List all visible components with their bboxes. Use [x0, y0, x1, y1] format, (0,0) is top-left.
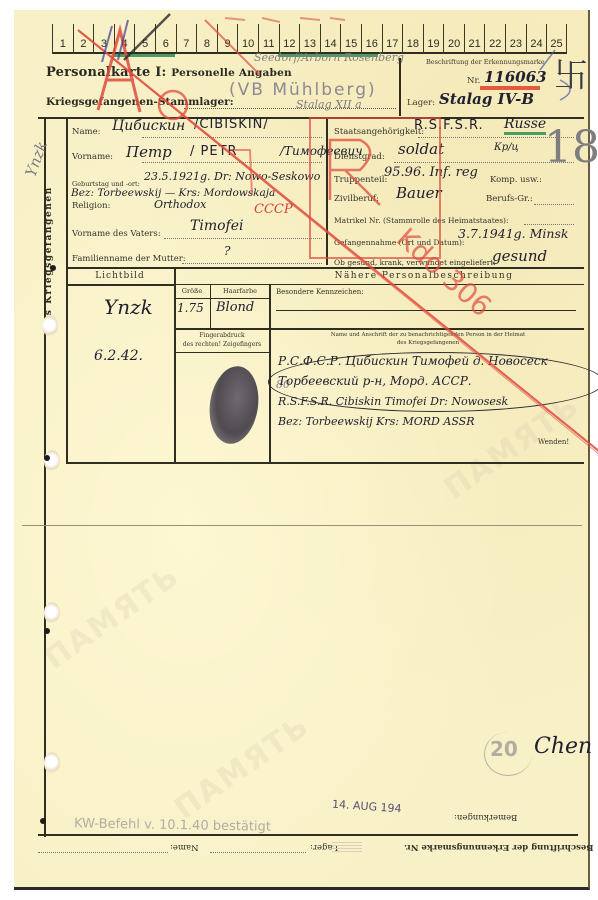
gefangen-value: 3.7.1941g. Minsk: [458, 226, 568, 241]
berufs-label: Berufs-Gr.:: [486, 194, 533, 204]
divider: [399, 58, 401, 116]
dienstgrad-extra: Кр/ц: [494, 142, 519, 153]
number-cell: 2: [73, 24, 94, 54]
section-label: Nähere Personalbeschreibung: [264, 271, 584, 281]
number-cell: 9: [217, 24, 238, 54]
dotline: [524, 224, 574, 225]
lager-label: Lager:: [407, 98, 435, 108]
name-cyrillic: Цибискин: [112, 118, 185, 134]
number-cell: 6: [155, 24, 176, 54]
anschrift-line-4: Bez: Torbeewskij Krs: MORD ASSR: [278, 415, 474, 428]
dotline: [418, 137, 574, 138]
nr-value: 116063: [484, 68, 547, 86]
erkennungsmarke-label: Beschriftung der Erkennungsmarke: [426, 58, 545, 66]
number-cell: 22: [484, 24, 505, 54]
anschrift-line-2: Торбеевский р-н, Морд. АССР.: [278, 374, 472, 388]
column-divider: [326, 117, 328, 265]
stamp-cross-icon: 卐: [554, 48, 588, 97]
staats-value: R.S.F.S.R.: [414, 118, 484, 133]
groesse-label: Größe: [174, 287, 210, 295]
number-cell: 3: [93, 24, 114, 54]
number-cell: 17: [382, 24, 403, 54]
geburt-value: 23.5.1921g. Dr: Nowo-Seskowo: [144, 170, 320, 183]
divider: [174, 328, 584, 330]
number-cell: 18: [402, 24, 423, 54]
stammlager-pencil-top: Seedorf/Arborn Rosenberg: [254, 51, 404, 64]
number-cell: 11: [258, 24, 279, 54]
bemerkungen-label: Bemerkungen:: [454, 812, 517, 822]
nr-label: Nr.: [467, 76, 480, 86]
divider: [38, 834, 578, 836]
divider: [276, 310, 576, 311]
circle-stamp-outline: [484, 732, 532, 776]
number-cell: 7: [176, 24, 197, 54]
name-label: Name:: [72, 127, 100, 137]
lichtbild-label: Lichtbild: [66, 271, 174, 281]
staats-extra: Russe: [504, 116, 546, 135]
number-cell: 21: [464, 24, 485, 54]
number-strip: 1234567891011121314151617181920212223242…: [52, 24, 567, 54]
number-cell: 12: [279, 24, 300, 54]
punch-hole: [44, 602, 60, 624]
green-mark: [113, 54, 175, 57]
anschrift-label-1: Name und Anschrift der zu benachrichtige…: [272, 332, 584, 338]
dienstgrad-value: soldat: [398, 140, 444, 158]
number-cell: 14: [320, 24, 341, 54]
truppenteil-label: Truppenteil:: [334, 175, 387, 185]
fold-line: [22, 525, 582, 526]
watermark: ПАМЯТЬ: [168, 708, 316, 826]
stammlager-pencil-bottom: Stalag XII a: [296, 98, 362, 111]
dotline: [142, 162, 322, 163]
zivilberuf-value: Bauer: [396, 184, 442, 202]
haarfarbe-value: Blond: [216, 300, 254, 315]
religion-value: Orthodox: [154, 198, 206, 211]
kw-stamp: KW-Befehl v. 10.1.40 bestätigt: [74, 816, 271, 834]
punch-mark: [40, 818, 46, 824]
dienstgrad-label: Dienstgrad:: [334, 152, 385, 162]
column-divider: [174, 267, 176, 462]
anschrift-line-1: Р.С.Ф.С.Р. Цибискин Тимофей д. Новосеск: [278, 354, 548, 368]
side-label: Des Kriegsgefangenen: [44, 186, 54, 332]
anschrift-label-2: des Kriegsgefangenen: [272, 340, 584, 346]
stammlager-stamp: (VB Mühlberg): [229, 80, 377, 100]
fingerprint: [205, 363, 263, 447]
number-cell: 16: [361, 24, 382, 54]
number-cell: 5: [134, 24, 155, 54]
photo-pencil-sign: Ynzk: [104, 295, 153, 319]
number-cell: 10: [237, 24, 258, 54]
gesund-value: gesund: [492, 247, 547, 265]
stammlager-line: [184, 108, 396, 109]
signature: Chen: [534, 734, 592, 759]
truppenteil-value: 95.96. Inf. reg: [384, 165, 478, 180]
hatched-box: [332, 842, 362, 852]
divider: [66, 462, 584, 464]
dotline: [210, 852, 306, 853]
komp-label: Komp. usw.:: [490, 175, 542, 185]
matrikel-label: Matrikel Nr. (Stammrolle des Heimatstaat…: [334, 216, 509, 225]
religion-label: Religion:: [72, 201, 110, 211]
anschrift-line-3: R.S.F.S.R. Cibiskin Timofei Dr: Nowosesk: [278, 395, 508, 408]
dotline: [534, 204, 574, 205]
staats-label: Staatsangehörigkeit:: [334, 127, 424, 137]
gefangen-label: Gefangennahme (Ort und Datum):: [334, 238, 464, 247]
dotline: [142, 137, 322, 138]
punch-mark: [44, 455, 50, 461]
vorname-latin: / PETR: [190, 144, 238, 159]
title-text: Personalkarte I:: [46, 65, 167, 80]
punch-mark: [44, 628, 50, 634]
card-title: Personalkarte I: Personelle Angaben: [46, 65, 292, 80]
haarfarbe-label: Haarfarbe: [210, 287, 270, 295]
punch-hole: [44, 752, 60, 774]
number-cell: 24: [526, 24, 547, 54]
number-cell: 19: [423, 24, 444, 54]
religion-red-note: СССР: [254, 202, 293, 217]
number-cell: 4: [114, 24, 135, 54]
dotline: [182, 263, 322, 264]
vorname-cyrillic: Петр: [126, 143, 172, 161]
wenden-label: Wenden!: [538, 438, 569, 446]
number-cell: 13: [299, 24, 320, 54]
mutter-value: ?: [224, 244, 230, 258]
number-cell: 20: [443, 24, 464, 54]
number-cell: 8: [196, 24, 217, 54]
punch-hole: [42, 315, 58, 337]
finger-label-2: des rechten! Zeigefingers: [174, 341, 270, 348]
bottom-name-label: Name:: [170, 842, 198, 852]
dotline: [164, 238, 322, 239]
vater-label: Vorname des Vaters:: [72, 229, 161, 239]
stammlager-label: Kriegsgefangenen-Stammlager:: [46, 96, 234, 108]
date-stamp: 14. AUG 194: [332, 798, 402, 816]
subtitle-text: Personelle Angaben: [171, 67, 292, 79]
zivilberuf-label: Zivilberuf:: [334, 194, 379, 204]
dotline: [394, 162, 574, 163]
komp-pencil: 18: [544, 122, 598, 173]
lager-value: Stalag IV-B: [439, 90, 534, 108]
photo-pencil-date: 6.2.42.: [94, 348, 143, 364]
finger-label-1: Fingerabdruck: [174, 332, 270, 339]
mutter-label: Familienname der Mutter:: [72, 254, 186, 264]
personalkarte-card: ПАМЯТЬ ПАМЯТЬ ПАМЯТЬ 1234567891011121314…: [14, 10, 590, 890]
divider: [174, 352, 270, 353]
inner-left-border: [66, 117, 68, 462]
number-cell: 15: [340, 24, 361, 54]
column-divider: [269, 284, 271, 462]
groesse-value: 1.75: [177, 301, 204, 315]
kennzeichen-label: Besondere Kennzeichen:: [276, 288, 364, 296]
number-cell: 23: [505, 24, 526, 54]
divider: [66, 267, 584, 269]
gesund-label: Ob gesund, krank, verwundet eingeliefert…: [334, 258, 496, 267]
punch-hole: [44, 450, 60, 472]
vater-value: Timofei: [190, 218, 243, 234]
divider: [66, 284, 174, 286]
dotline: [38, 852, 168, 853]
divider: [174, 298, 270, 299]
watermark: ПАМЯТЬ: [38, 558, 186, 676]
punch-mark: [50, 265, 56, 271]
side-pencil-note: Ynzk: [22, 139, 51, 180]
vorname-label: Vorname:: [72, 152, 113, 162]
number-cell: 1: [52, 24, 73, 54]
erkennung-label: Beschriftung der Erkennungsmarke Nr.: [404, 842, 593, 852]
divider: [174, 284, 584, 285]
name-latin: /CIBISKIN/: [194, 117, 269, 132]
